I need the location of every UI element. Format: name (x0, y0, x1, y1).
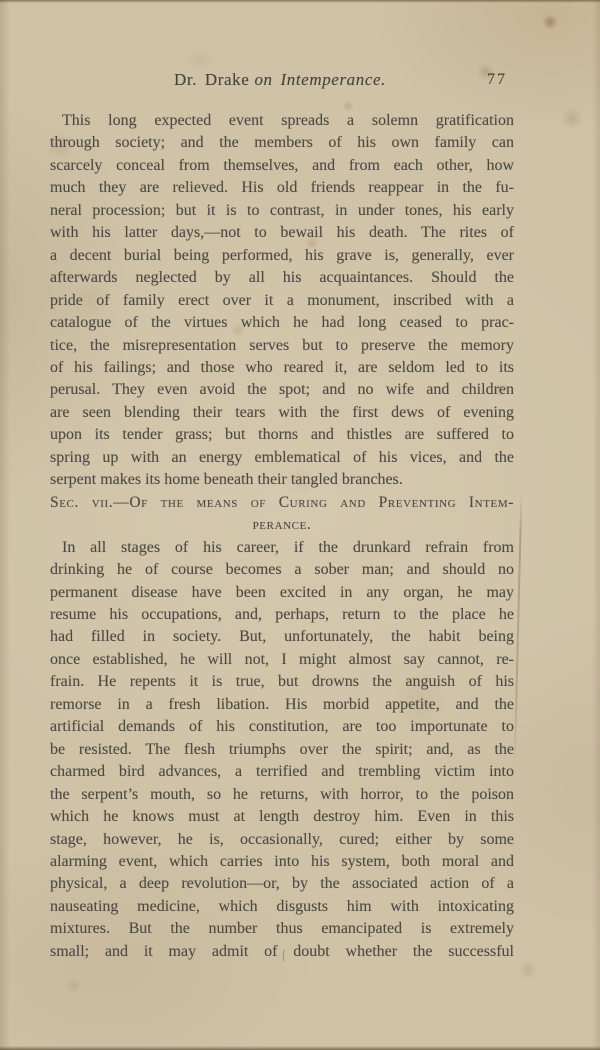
text-line: are seen blending their tears with the f… (50, 402, 514, 424)
text-line: tice, the misrepresentation serves but t… (50, 335, 514, 357)
text-line: spring up with an energy emblematical of… (50, 447, 514, 469)
text-line: upon its tender grass; but thorns and th… (50, 424, 514, 446)
foxing-spot (518, 960, 538, 980)
text-line: pride of family erect over it a monument… (50, 290, 514, 312)
text-line: mixtures. But the number thus emancipate… (50, 918, 514, 940)
paragraph-2: In all stages of his career, if the drun… (50, 537, 514, 964)
page-text: This long expected event spreads a solem… (50, 110, 514, 963)
foxing-spot (66, 978, 82, 994)
text-line: catalogue of the virtues which he had lo… (50, 312, 514, 334)
section-heading: Sec. vii.—Of the means of Curing and Pre… (50, 492, 514, 537)
text-line: charmed bird advances, a terrified and t… (50, 761, 514, 783)
text-line: resume his occupations, and, perhaps, re… (50, 604, 514, 626)
section-heading-line-1: Sec. vii.—Of the means of Curing and Pre… (50, 492, 514, 514)
text-line: scarcely conceal from themselves, and fr… (50, 155, 514, 177)
paper-crease (514, 492, 523, 772)
text-line: be resisted. The flesh triumphs over the… (50, 739, 514, 761)
text-line: remorse in a fresh libation. His morbid … (50, 694, 514, 716)
foxing-spot (561, 107, 583, 129)
foxing-spot (542, 14, 558, 30)
section-heading-line-2: perance. (50, 514, 514, 536)
text-line: In all stages of his career, if the drun… (50, 537, 514, 559)
text-line: This long expected event spreads a solem… (50, 110, 514, 132)
text-line: physical, a deep revolution—or, by the a… (50, 873, 514, 895)
text-line: stage, however, he is, occasionally, cur… (50, 829, 514, 851)
text-line: the serpent’s mouth, so he returns, with… (50, 784, 514, 806)
text-line: alarming event, which carries into his s… (50, 851, 514, 873)
running-title-author: Dr. Drake (174, 70, 249, 89)
running-header: Dr. Drakeon Intemperance. 77 (0, 68, 560, 92)
text-line: afterwards neglected by all his acquaint… (50, 267, 514, 289)
text-line: of his failings; and those who reared it… (50, 357, 514, 379)
text-line: neral procession; but it is to contrast,… (50, 200, 514, 222)
text-line: permanent disease have been excited in a… (50, 582, 514, 604)
book-page: Dr. Drakeon Intemperance. 77 This long e… (0, 0, 600, 1050)
text-line: serpent makes its home beneath their tan… (50, 469, 514, 491)
text-line: much they are relieved. His old friends … (50, 177, 514, 199)
text-line: through society; and the members of his … (50, 132, 514, 154)
text-line: perusal. They even avoid the spot; and n… (50, 379, 514, 401)
text-line: once established, he will not, I might a… (50, 649, 514, 671)
text-line: drinking he of course becomes a sober ma… (50, 559, 514, 581)
text-line: frain. He repents it is true, but drowns… (50, 671, 514, 693)
running-title-work: on Intemperance. (254, 70, 386, 89)
text-line: which he knows must at length destroy hi… (50, 806, 514, 828)
text-line: small; and it may admit of doubt whether… (50, 941, 514, 963)
page-number: 77 (487, 68, 507, 92)
text-line: had filled in society. But, unfortunatel… (50, 626, 514, 648)
text-line: with his latter days,—not to bewail his … (50, 222, 514, 244)
text-line: nauseating medicine, which disgusts him … (50, 896, 514, 918)
text-line: artificial demands of his constitution, … (50, 716, 514, 738)
text-line: a decent burial being performed, his gra… (50, 245, 514, 267)
paragraph-1: This long expected event spreads a solem… (50, 110, 514, 492)
